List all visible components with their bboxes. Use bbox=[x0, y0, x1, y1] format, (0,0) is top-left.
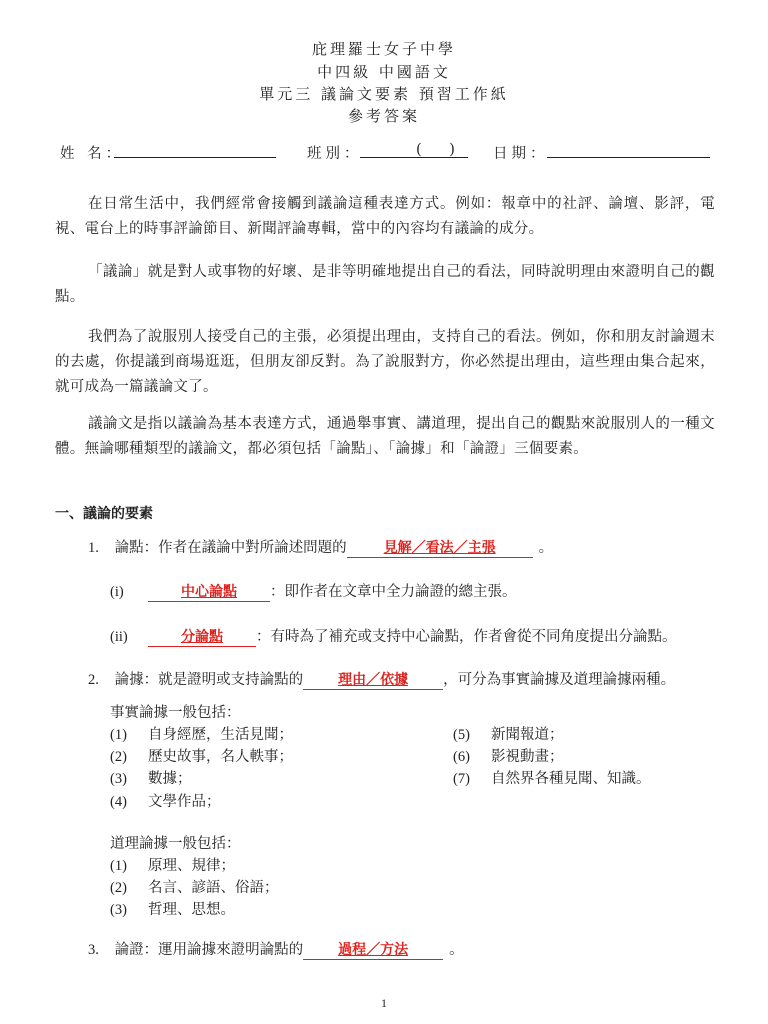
item-end: 。 bbox=[449, 942, 464, 958]
reason-evidence-heading: 道理論據一般包括： bbox=[110, 832, 241, 853]
page-number: 1 bbox=[0, 996, 768, 1011]
item-end: ，可分為事實論據及道理論據兩種。 bbox=[443, 672, 675, 688]
answer-key-label: 參考答案 bbox=[0, 105, 768, 126]
item-end: 。 bbox=[539, 540, 554, 556]
intro-paragraph-3: 我們為了說服別人接受自己的主張，必須提出理由，支持自己的看法。例如，你和朋友討論… bbox=[55, 325, 715, 400]
item-number: 3. bbox=[88, 942, 110, 959]
sub-item-central-argument: (i)中心論點：即作者在文章中全力論證的總主張。 bbox=[110, 580, 517, 602]
answer-blank: 中心論點 bbox=[148, 583, 270, 602]
fact-item: (3)數據； bbox=[110, 767, 192, 788]
item-2-evidence: 2. 論據：就是證明或支持論點的理由／依據，可分為事實論據及道理論據兩種。 bbox=[88, 668, 675, 690]
section-heading: 一、議論的要素 bbox=[55, 503, 153, 523]
fact-item: (1)自身經歷，生活見聞； bbox=[110, 723, 293, 744]
date-field[interactable] bbox=[547, 140, 710, 158]
reason-item: (2)名言、諺語、俗語； bbox=[110, 876, 279, 897]
class-number-paren: ( ) bbox=[416, 142, 455, 158]
item-1-argument: 1. 論點：作者在議論中對所論述問題的見解／看法／主張。 bbox=[88, 536, 553, 558]
date-label: 日期： bbox=[493, 142, 549, 163]
intro-paragraph-1: 在日常生活中，我們經常會接觸到議論這種表達方式。例如：報章中的社評、論壇、影評，… bbox=[55, 192, 715, 242]
fact-item: (5)新聞報道； bbox=[453, 723, 564, 744]
fact-item: (6)影視動畫； bbox=[453, 745, 564, 766]
answer-blank: 分論點 bbox=[148, 628, 256, 647]
sub-item-number: (ii) bbox=[110, 629, 148, 646]
intro-paragraph-2: 「議論」就是對人或事物的好壞、是非等明確地提出自己的看法，同時說明理由來證明自己… bbox=[55, 260, 715, 310]
class-label: 班別： bbox=[307, 142, 363, 163]
item-number: 1. bbox=[88, 540, 110, 557]
sub-item-text: ：即作者在文章中全力論證的總主張。 bbox=[270, 584, 517, 600]
unit-title: 單元三 議論文要素 預習工作紙 bbox=[0, 83, 768, 104]
intro-paragraph-4: 議論文是指以議論為基本表達方式，通過舉事實、講道理，提出自己的觀點來說服別人的一… bbox=[55, 412, 715, 462]
reason-item: (3)哲理、思想。 bbox=[110, 898, 235, 919]
reason-item: (1)原理、規律； bbox=[110, 854, 235, 875]
answer-blank: 理由／依據 bbox=[303, 671, 443, 690]
answer-blank: 見解／看法／主張 bbox=[347, 539, 533, 558]
item-3-reasoning: 3. 論證：運用論據來證明論點的過程／方法。 bbox=[88, 938, 464, 960]
answer-blank: 過程／方法 bbox=[303, 941, 443, 960]
fact-item: (7)自然界各種見聞、知識。 bbox=[453, 767, 651, 788]
item-text: 論據：就是證明或支持論點的 bbox=[115, 672, 304, 688]
fact-item: (4)文學作品； bbox=[110, 790, 221, 811]
sub-item-number: (i) bbox=[110, 584, 148, 601]
item-number: 2. bbox=[88, 672, 110, 689]
item-text: 論點：作者在議論中對所論述問題的 bbox=[115, 540, 347, 556]
grade-subject: 中四級 中國語文 bbox=[0, 61, 768, 82]
name-field[interactable] bbox=[114, 140, 276, 158]
school-name: 庇理羅士女子中學 bbox=[0, 38, 768, 59]
fact-item: (2)歷史故事，名人軼事； bbox=[110, 745, 293, 766]
sub-item-sub-argument: (ii)分論點：有時為了補充或支持中心論點，作者會從不同角度提出分論點。 bbox=[110, 625, 677, 647]
sub-item-text: ：有時為了補充或支持中心論點，作者會從不同角度提出分論點。 bbox=[256, 629, 677, 645]
item-text: 論證：運用論據來證明論點的 bbox=[115, 942, 304, 958]
fact-evidence-heading: 事實論據一般包括： bbox=[110, 701, 241, 722]
